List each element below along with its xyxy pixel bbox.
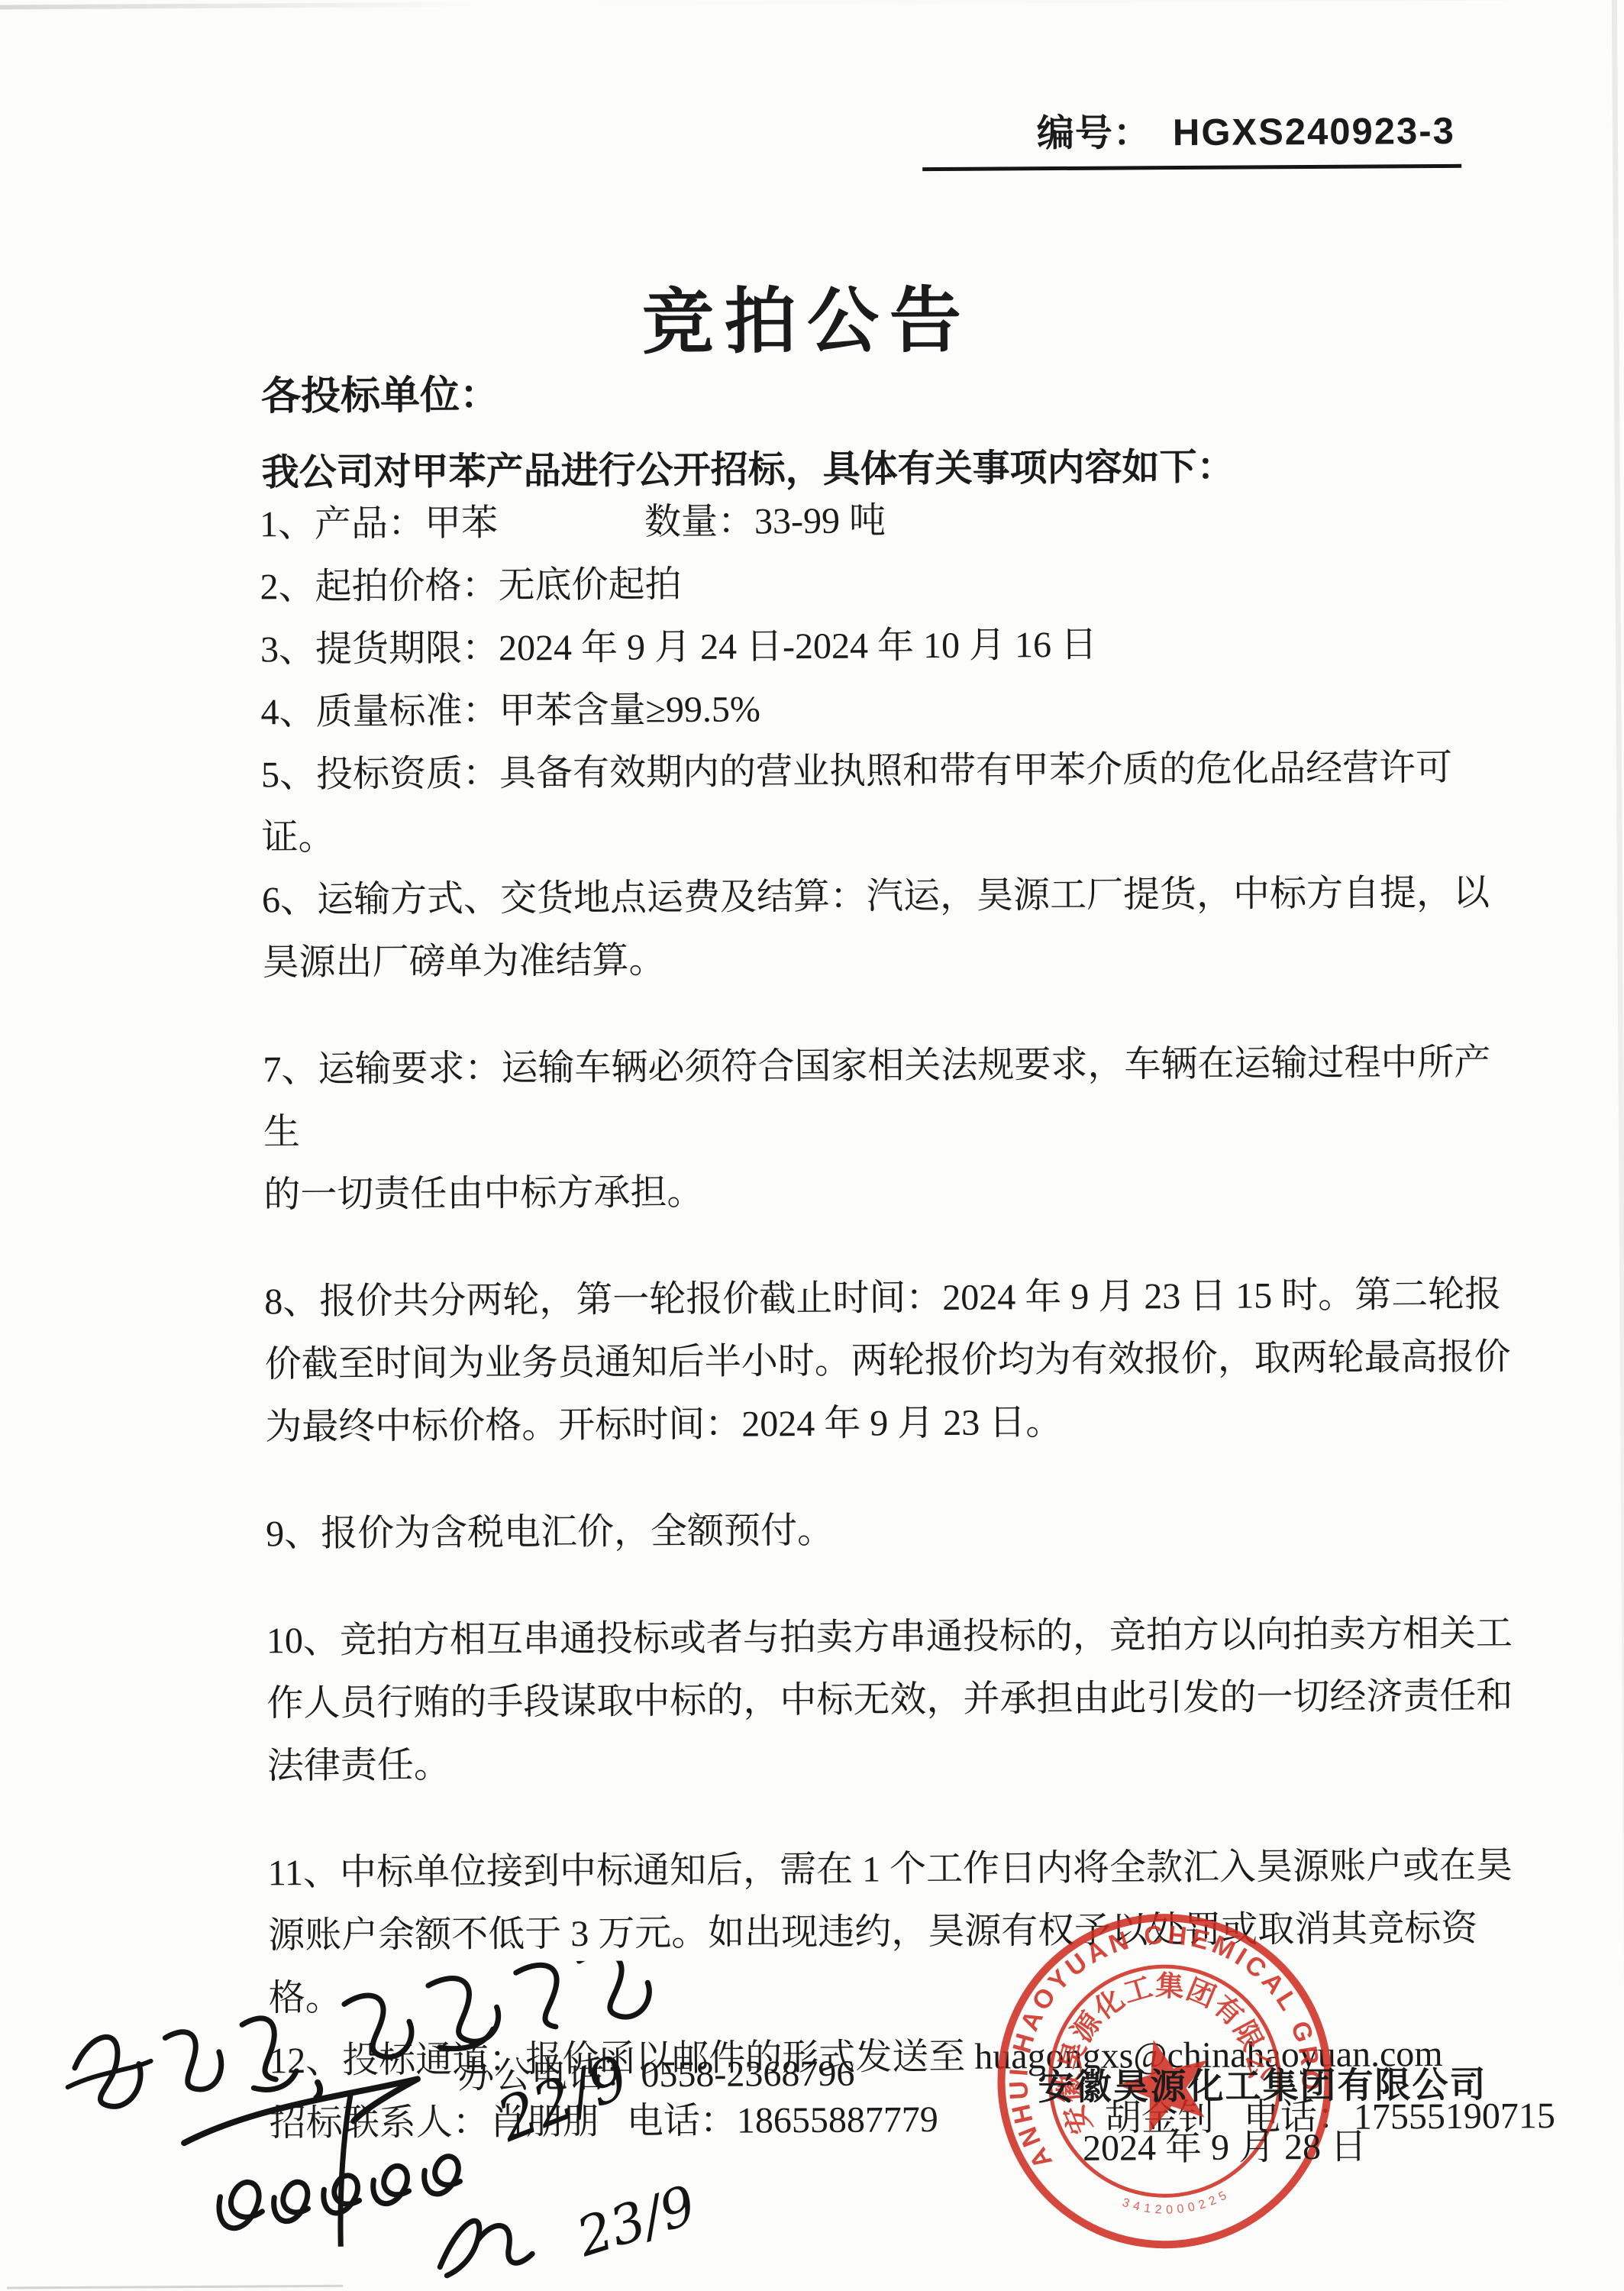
document-page: 编号：HGXS240923-3 竞拍公告 各投标单位： 我公司对甲苯产品进行公开… [0, 0, 1624, 2291]
terms-item-10: 10、竞拍方相互串通投标或者与拍卖方串通投标的，竞拍方以向拍卖方相关工 作人员行… [266, 1602, 1519, 1798]
terms-item-9: 9、报价为含税电汇价，全额预付。 [266, 1495, 1518, 1566]
terms-item-2: 2、起拍价格：无底价起拍 [260, 548, 1512, 619]
page-title: 竞拍公告 [0, 259, 1619, 372]
svg-text:3412000225: 3412000225 [1118, 2169, 1234, 2232]
scan-edge-artifact-bottom [7, 2285, 343, 2289]
salutation: 各投标单位： [261, 362, 499, 421]
terms-item-1: 1、产品：甲苯 数量：33-99 吨 [260, 486, 1512, 556]
handwritten-signature-2: 23/9 [418, 2167, 801, 2291]
terms-item-5: 5、投标资质：具备有效期内的营业执照和带有甲苯介质的危化品经营许可证。 [261, 736, 1514, 869]
scan-edge-artifact-top [0, 0, 1617, 10]
contact-phone-1: 18655887779 [737, 2089, 938, 2153]
terms-item-8: 8、报价共分两轮，第一轮报价截止时间：2024 年 9 月 23 日 15 时。… [264, 1263, 1517, 1459]
doc-number: 编号：HGXS240923-3 [922, 102, 1461, 171]
doc-number-value: HGXS240923-3 [1173, 111, 1455, 153]
handwritten-date-2: 23/9 [569, 2173, 702, 2269]
company-name-printed: 安徽昊源化工集团有限公司 [1038, 2057, 1487, 2111]
terms-item-3: 3、提货期限：2024 年 9 月 24 日-2024 年 10 月 16 日 [260, 611, 1513, 681]
doc-number-label: 编号： [1037, 112, 1151, 154]
terms-item-7: 7、运输要求：运输车辆必须符合国家相关法规要求，车辆在运输过程中所产生 的一切责… [263, 1031, 1516, 1226]
issue-date: 2024 年 9 月 28 日 [1083, 2117, 1367, 2171]
handwritten-date-1: 22/9 [488, 2053, 638, 2156]
terms-item-4: 4、质量标准：甲苯含量≥99.5% [260, 674, 1513, 744]
seal-serial-number: 3412000225 [1118, 2169, 1234, 2232]
terms-item-6: 6、运输方式、交货地点运费及结算：汽运，昊源工厂提货，中标方自提，以 昊源出厂磅… [262, 861, 1515, 994]
